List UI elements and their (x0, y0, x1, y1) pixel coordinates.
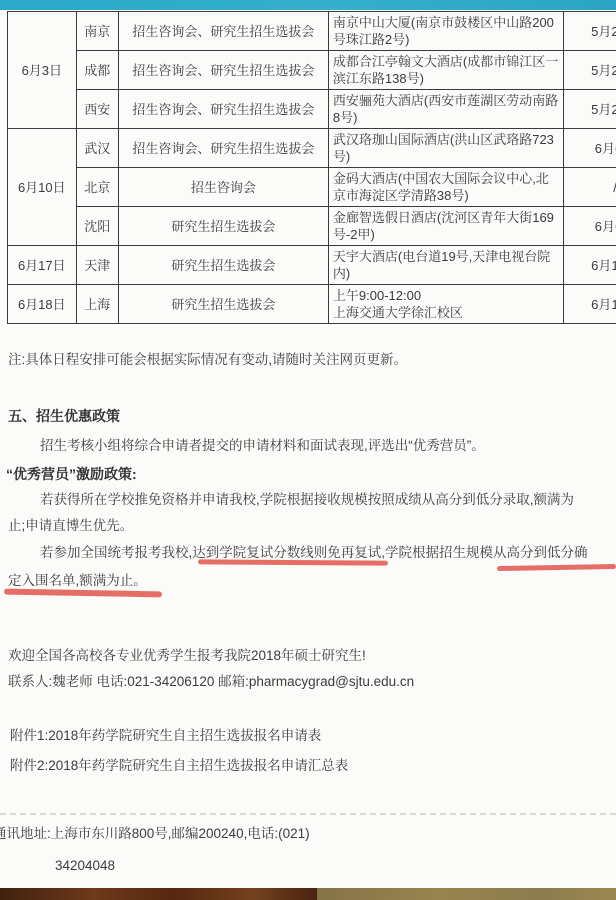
footer-divider (0, 813, 616, 815)
schedule-deadline: 6月13日 (564, 246, 616, 285)
schedule-venue: 成都合江亭翰文大酒店(成都市锦江区一滨江东路138号) (328, 51, 563, 90)
schedule-event: 研究生招生选拔会 (118, 207, 328, 246)
red-underline-annotation (198, 559, 388, 565)
schedule-venue: 金码大酒店(中国农大国际会议中心,北京市海淀区学清路38号) (328, 168, 563, 207)
footer-address-line: 通讯地址:上海市东川路800号,邮编200240,电话:(021) (0, 826, 310, 842)
schedule-event: 研究生招生选拔会 (118, 246, 328, 285)
incentive-subtitle: “优秀营员”激励政策: (6, 466, 137, 482)
schedule-table-container: 6月3日 南京 招生咨询会、研究生招生选拔会 南京中山大厦(南京市鼓楼区中山路2… (7, 11, 616, 324)
schedule-city: 武汉 (76, 129, 118, 168)
page: { "colors":{ "accent-cyan":"#2aa9c9", "u… (0, 0, 616, 900)
attachment-2-link[interactable]: 附件2:2018年药学院研究生自主招生选拔报名申请汇总表 (10, 758, 348, 774)
schedule-venue: 金廊智选假日酒店(沈河区青年大街169号-2甲) (328, 207, 563, 246)
schedule-date: 6月17日 (8, 246, 77, 285)
schedule-venue: 南京中山大厦(南京市鼓楼区中山路200号珠江路2号) (328, 12, 563, 51)
policy-paragraph-3-line-1: 若参加全国统考报考我校,达到学院复试分数线则免再复试,学院根据招生规模从高分到低… (40, 545, 588, 561)
table-row: 北京 招生咨询会 金码大酒店(中国农大国际会议中心,北京市海淀区学清路38号) … (8, 168, 616, 207)
policy-paragraph-1: 招生考核小组将综合申请者提交的申请材料和面试表现,评选出“优秀营员”。 (40, 438, 485, 454)
schedule-deadline: 6月6日 (564, 207, 616, 246)
schedule-deadline: 5月26日 (564, 51, 616, 90)
table-row: 6月17日 天津 研究生招生选拔会 天宇大酒店(电台道19号,天津电视台院内) … (8, 246, 616, 285)
schedule-venue: 武汉珞珈山国际酒店(洪山区武珞路723号) (328, 129, 563, 168)
schedule-city: 天津 (76, 246, 118, 285)
top-accent-bar (0, 0, 616, 10)
red-underline-annotation (497, 564, 616, 571)
table-row: 沈阳 研究生招生选拔会 金廊智选假日酒店(沈河区青年大街169号-2甲) 6月6… (8, 207, 616, 246)
schedule-deadline: 5月26日 (564, 90, 616, 129)
footer-photo-left (0, 888, 317, 900)
schedule-venue: 西安骊苑大酒店(西安市莲湖区劳动南路8号) (328, 90, 563, 129)
schedule-event: 招生咨询会、研究生招生选拔会 (118, 129, 328, 168)
schedule-city: 南京 (76, 12, 118, 51)
schedule-deadline: / (564, 168, 616, 207)
attachment-1-link[interactable]: 附件1:2018年药学院研究生自主招生选拔报名申请表 (10, 728, 321, 744)
schedule-event: 研究生招生选拔会 (118, 285, 328, 324)
schedule-city: 西安 (76, 90, 118, 129)
schedule-venue: 天宇大酒店(电台道19号,天津电视台院内) (328, 246, 563, 285)
schedule-event: 招生咨询会、研究生招生选拔会 (118, 90, 328, 129)
schedule-table: 6月3日 南京 招生咨询会、研究生招生选拔会 南京中山大厦(南京市鼓楼区中山路2… (7, 11, 616, 324)
table-row: 6月10日 武汉 招生咨询会、研究生招生选拔会 武汉珞珈山国际酒店(洪山区武珞路… (8, 129, 616, 168)
contact-line: 联系人:魏老师 电话:021-34206120 邮箱:pharmacygrad@… (8, 674, 414, 690)
schedule-city: 沈阳 (76, 207, 118, 246)
policy-paragraph-3-line-2: 定入围名单,额满为止。 (8, 573, 147, 589)
schedule-deadline: 6月6日 (564, 129, 616, 168)
table-row: 6月18日 上海 研究生招生选拔会 上午9:00-12:00 上海交通大学徐汇校… (8, 285, 616, 324)
schedule-city: 成都 (76, 51, 118, 90)
welcome-line: 欢迎全国各高校各专业优秀学生报考我院2018年硕士研究生! (8, 648, 366, 664)
schedule-deadline: 6月13日 (564, 285, 616, 324)
schedule-date: 6月10日 (8, 129, 77, 246)
schedule-event: 招生咨询会、研究生招生选拔会 (118, 12, 328, 51)
schedule-note: 注:具体日程安排可能会根据实际情况有变动,请随时关注网页更新。 (8, 352, 407, 368)
red-underline-annotation (4, 589, 162, 598)
footer-phone-line: 34204048 (55, 858, 115, 874)
schedule-event: 招生咨询会 (118, 168, 328, 207)
table-row: 6月3日 南京 招生咨询会、研究生招生选拔会 南京中山大厦(南京市鼓楼区中山路2… (8, 12, 616, 51)
table-row: 成都 招生咨询会、研究生招生选拔会 成都合江亭翰文大酒店(成都市锦江区一滨江东路… (8, 51, 616, 90)
footer-photo-right (317, 888, 616, 900)
schedule-event: 招生咨询会、研究生招生选拔会 (118, 51, 328, 90)
schedule-date: 6月18日 (8, 285, 77, 324)
schedule-city: 北京 (76, 168, 118, 207)
policy-paragraph-2-line-1: 若获得所在学校推免资格并申请我校,学院根据接收规模按照成绩从高分到低分录取,额满… (40, 492, 574, 508)
schedule-city: 上海 (76, 285, 118, 324)
schedule-venue: 上午9:00-12:00 上海交通大学徐汇校区 (328, 285, 563, 324)
table-row: 西安 招生咨询会、研究生招生选拔会 西安骊苑大酒店(西安市莲湖区劳动南路8号) … (8, 90, 616, 129)
schedule-deadline: 5月26日 (564, 12, 616, 51)
policy-paragraph-2-line-2: 止;申请直博生优先。 (8, 518, 133, 534)
schedule-date: 6月3日 (8, 12, 77, 129)
section-title: 五、招生优惠政策 (8, 408, 120, 424)
